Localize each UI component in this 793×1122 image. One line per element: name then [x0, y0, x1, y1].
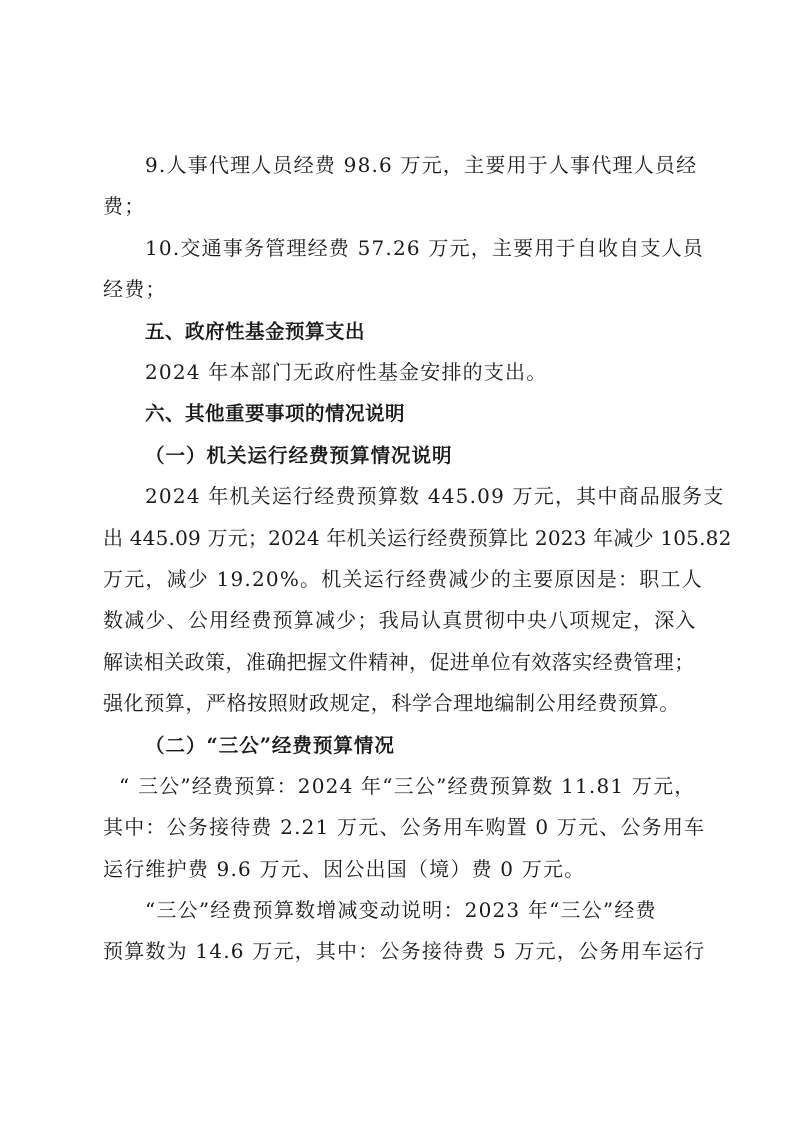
- item-10-line-2: 经费；: [103, 269, 690, 310]
- section-5-text: 2024 年本部门无政府性基金安排的支出。: [103, 352, 690, 393]
- paragraph-line: 预算数为 14.6 万元，其中：公务接待费 5 万元，公务用车运行: [103, 931, 690, 972]
- document-page: 9.人事代理人员经费 98.6 万元，主要用于人事代理人员经 费； 10.交通事…: [103, 145, 690, 973]
- paragraph-line: 2024 年机关运行经费预算数 445.09 万元，其中商品服务支: [103, 476, 690, 517]
- paragraph-three-public-change: “三公”经费预算数增减变动说明：2023 年“三公”经费 预算数为 14.6 万…: [103, 890, 690, 973]
- paragraph-line: 出 445.09 万元；2024 年机关运行经费预算比 2023 年减少 105…: [103, 518, 690, 559]
- section-heading-5: 五、政府性基金预算支出: [103, 311, 690, 352]
- paragraph-line: 万元，减少 19.20%。机关运行经费减少的主要原因是：职工人: [103, 559, 690, 600]
- paragraph-line: “ 三公”经费预算：2024 年“三公”经费预算数 11.81 万元，: [103, 766, 690, 807]
- section-heading-6: 六、其他重要事项的情况说明: [103, 393, 690, 434]
- paragraph-line: “三公”经费预算数增减变动说明：2023 年“三公”经费: [103, 890, 690, 931]
- subsection-heading-1: （一）机关运行经费预算情况说明: [103, 435, 690, 476]
- paragraph-line: 强化预算，严格按照财政规定，科学合理地编制公用经费预算。: [103, 683, 690, 724]
- paragraph-line: 运行维护费 9.6 万元、因公出国（境）费 0 万元。: [103, 849, 690, 890]
- paragraph-line: 解读相关政策，准确把握文件精神，促进单位有效落实经费管理；: [103, 642, 690, 683]
- paragraph-line: 数减少、公用经费预算减少；我局认真贯彻中央八项规定，深入: [103, 600, 690, 641]
- item-10-line-1: 10.交通事务管理经费 57.26 万元，主要用于自收自支人员: [103, 228, 690, 269]
- paragraph-three-public-budget: “ 三公”经费预算：2024 年“三公”经费预算数 11.81 万元， 其中：公…: [103, 766, 690, 890]
- item-9-line-1: 9.人事代理人员经费 98.6 万元，主要用于人事代理人员经: [103, 145, 690, 186]
- paragraph-operating-expenses: 2024 年机关运行经费预算数 445.09 万元，其中商品服务支 出 445.…: [103, 476, 690, 724]
- subsection-heading-2: （二）“三公”经费预算情况: [103, 725, 690, 766]
- paragraph-line: 其中：公务接待费 2.21 万元、公务用车购置 0 万元、公务用车: [103, 807, 690, 848]
- item-9-line-2: 费；: [103, 186, 690, 227]
